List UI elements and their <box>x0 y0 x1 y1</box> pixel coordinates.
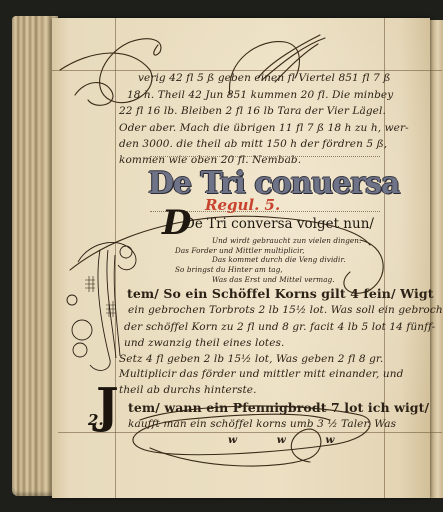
item-1-line-4: Setz 4 fl geben 2 lb 15½ lot, Was geben … <box>119 352 383 367</box>
verse-line-3: Das kommet durch die Veng dividir. <box>212 255 346 264</box>
rule-title: De Tri conversa volget nun/ <box>184 216 374 232</box>
facing-page-edge <box>430 20 443 498</box>
item-1-line-5: Multiplicir das förder und mittler mitt … <box>119 367 403 382</box>
rule-number-rubric: Regul. 5. <box>205 196 280 214</box>
item-1-line-2: der schöffel Korn zu 2 fl und 8 gr. faci… <box>124 320 435 335</box>
initial-j: J <box>96 382 119 430</box>
paragraph-line-3: 22 fl 16 lb. Bleiben 2 fl 16 lb Tara der… <box>119 104 386 119</box>
verse-line-1: Und wirdt gebraucht zun vielen dingen. <box>212 236 361 245</box>
item-1-first-line: tem/ So ein Schöffel Korns gilt 4 fein/ … <box>127 286 434 302</box>
verse-line-4: So bringst du Hinter am tag, <box>175 265 283 274</box>
paragraph-line-4: Oder aber. Mach die übrigen 11 fl 7 ß 18… <box>119 121 409 136</box>
item-2-line-1: kaufft man ein schöffel korns umb 3 ½ Ta… <box>128 417 396 432</box>
item-1-line-1: ein gebrochen Torbrots 2 lb 15½ lot. Was… <box>128 303 443 318</box>
manuscript-scan: verig 42 fl 5 ß geben einen fl Viertel 8… <box>0 0 443 512</box>
verse-line-2: Das Forder und Mittler multiplicir, <box>175 246 305 255</box>
item-2-first-line: tem/ wann ein Pfennigbrodt 7 lot ich wig… <box>128 400 429 416</box>
paragraph-line-5: den 3000. die theil ab mitt 150 h der fö… <box>119 137 387 152</box>
paragraph-line-1: verig 42 fl 5 ß geben einen fl Viertel 8… <box>138 71 390 86</box>
verse-line-5: Was das Erst und Mittel vermag. <box>212 275 335 284</box>
paragraph-line-2: 18 h. Theil 42 Jun 851 kummen 20 fl. Die… <box>127 88 393 103</box>
footer-flourish-marks: w w w <box>228 433 352 448</box>
item-1-line-3: und zwanzig theil eines lotes. <box>124 336 284 351</box>
item-1-line-6: theil ab durchs hinterste. <box>119 383 257 398</box>
